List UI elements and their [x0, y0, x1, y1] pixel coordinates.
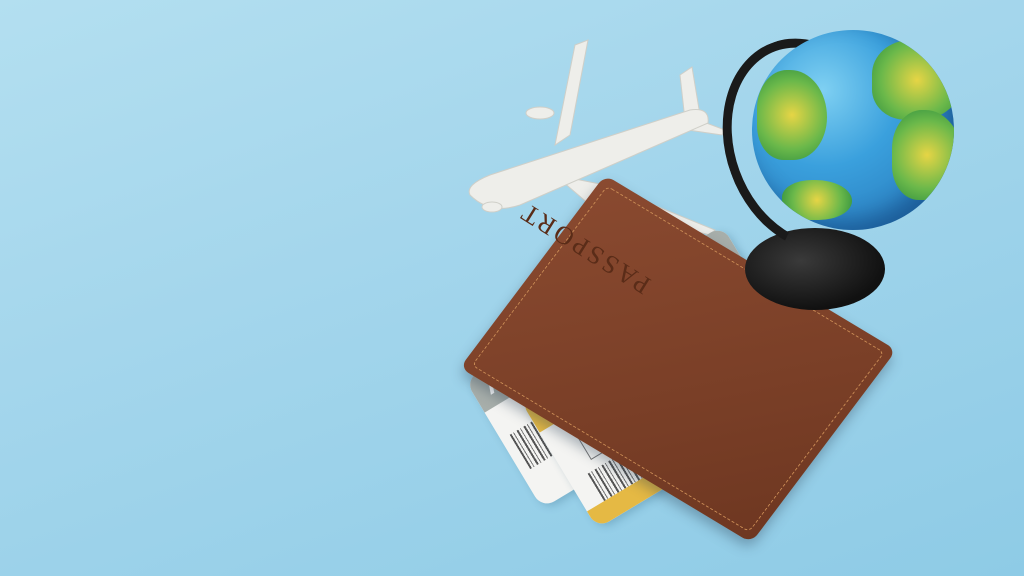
globe-land-africa [892, 110, 954, 200]
globe-land-americas [757, 70, 827, 160]
globe-land-south-america [782, 180, 852, 220]
photo-scene: { "scene": { "description": "Travel-them… [0, 0, 1024, 576]
globe [752, 30, 954, 230]
globe-land-europe [872, 40, 954, 120]
